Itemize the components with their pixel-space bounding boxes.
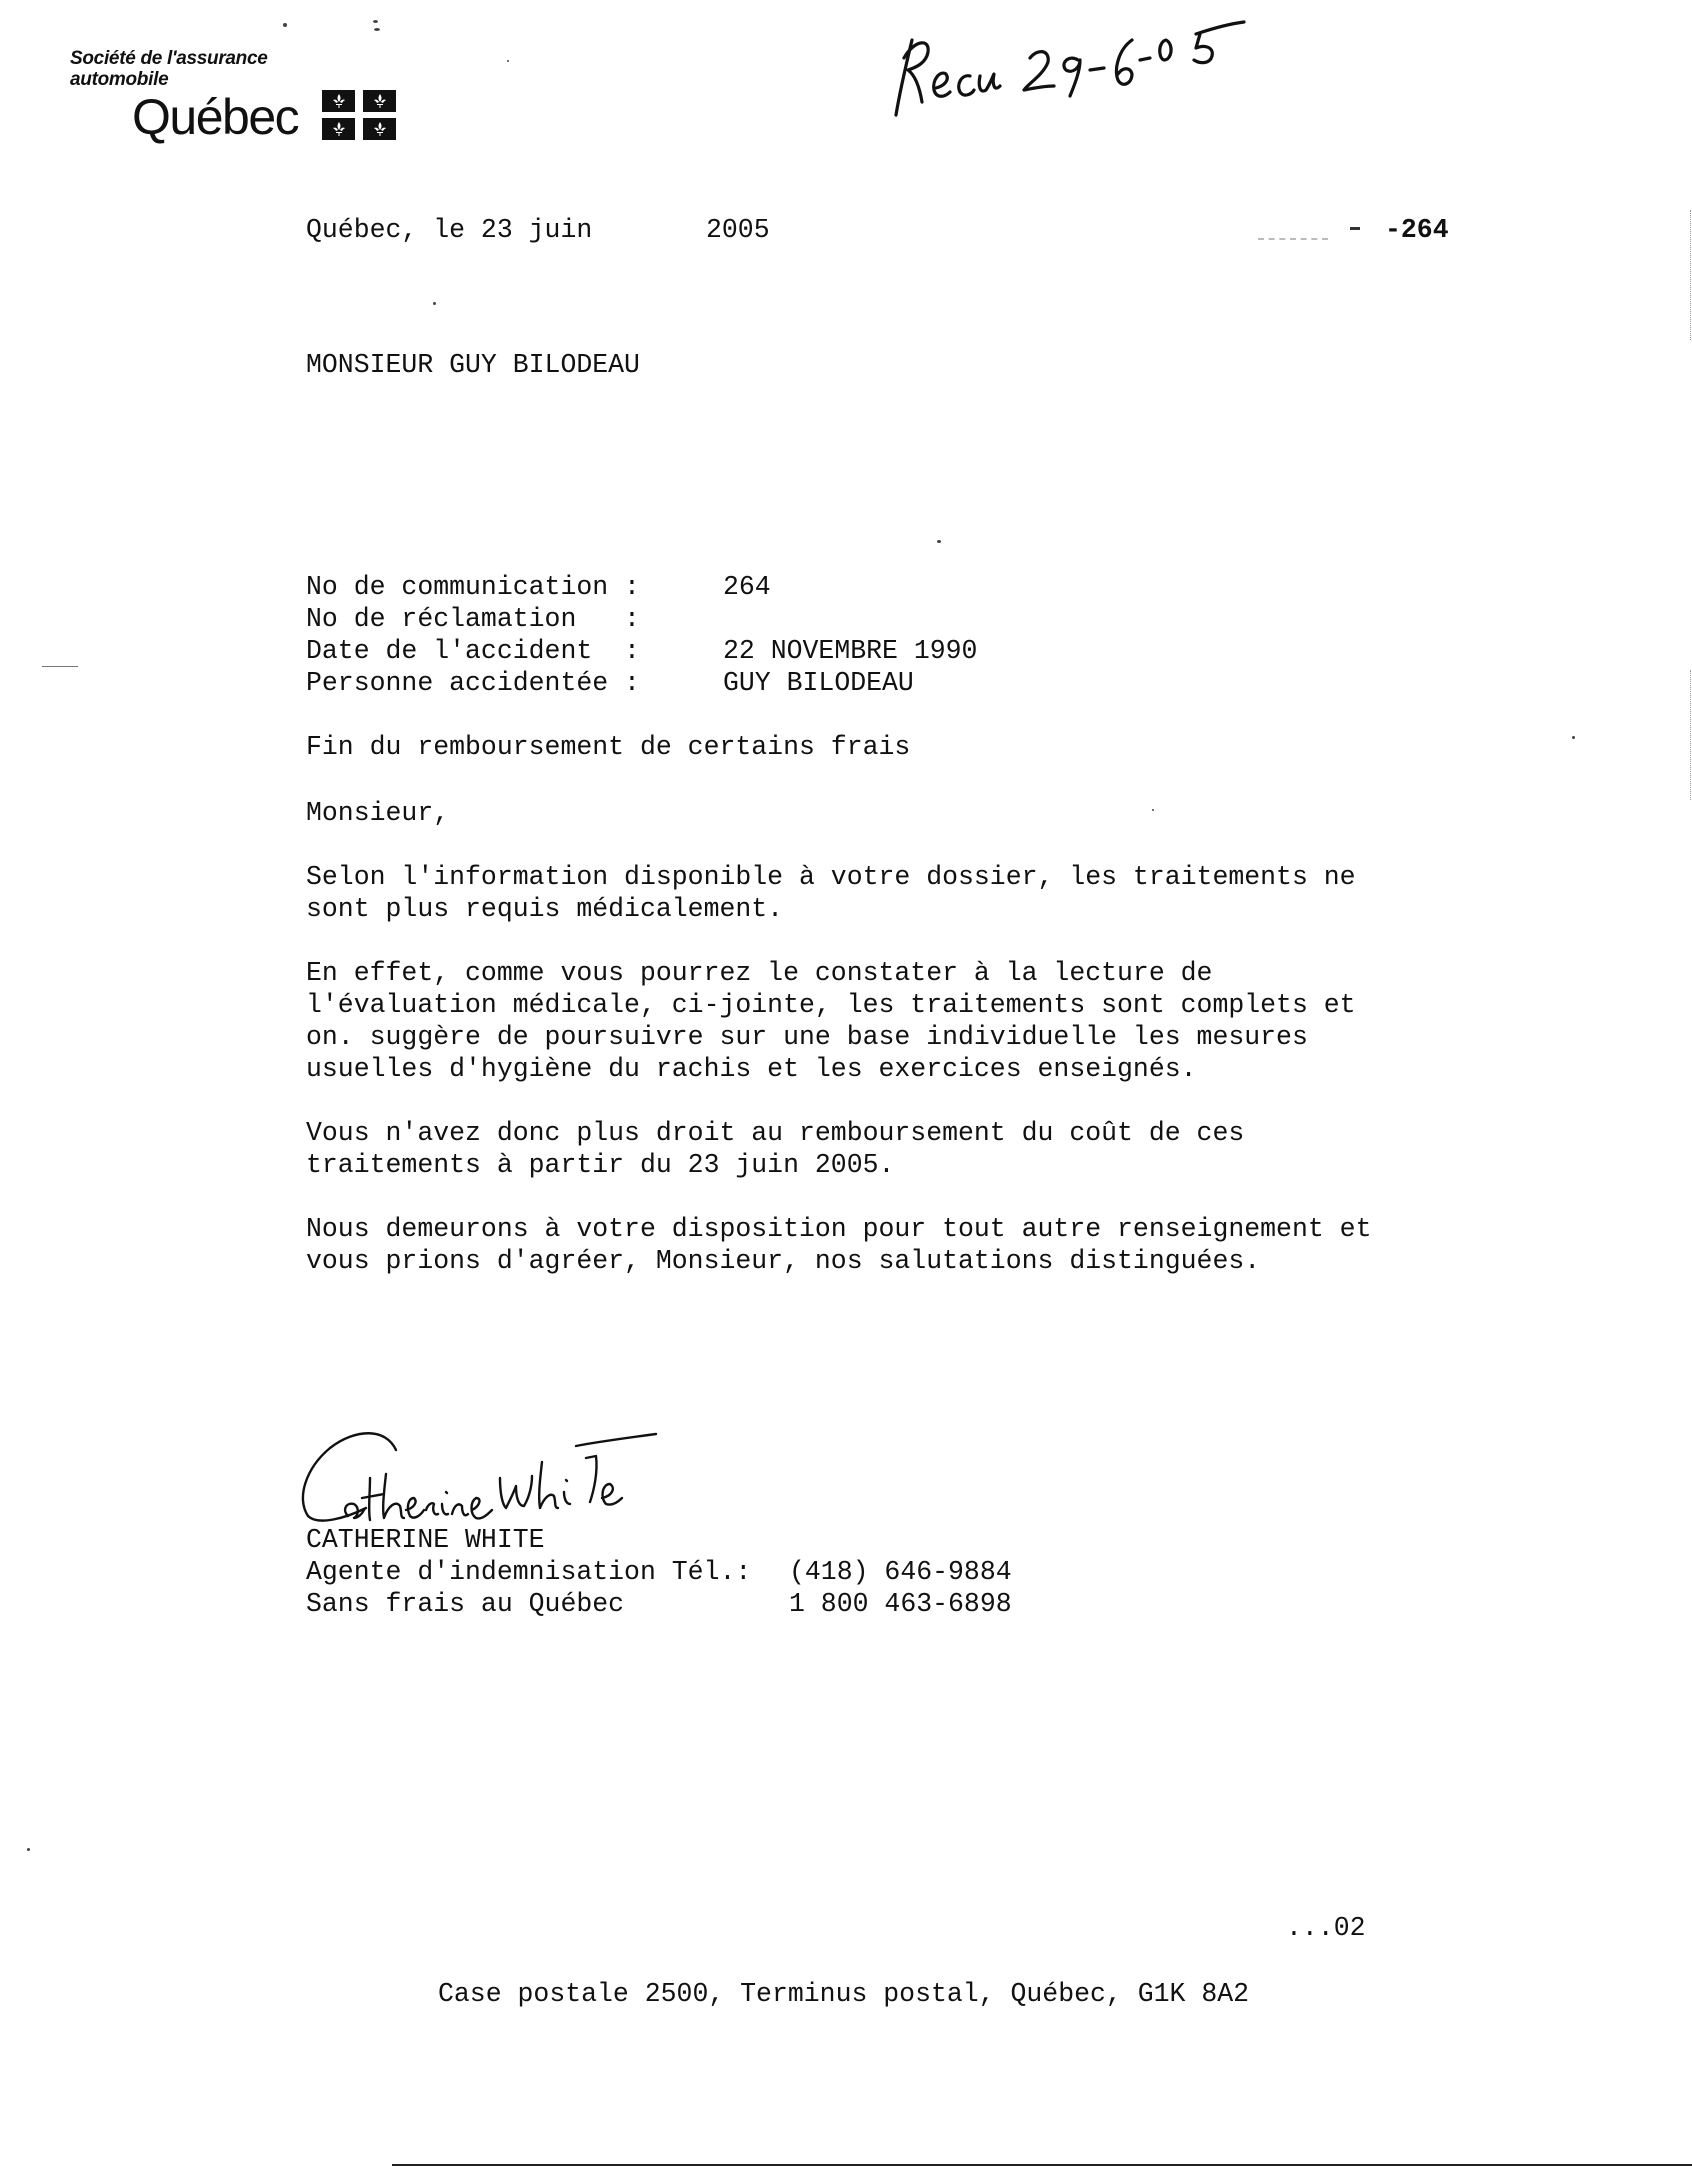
scan-speck	[373, 20, 378, 23]
paragraph-line: l'évaluation médicale, ci-jointe, les tr…	[306, 989, 1356, 1021]
detail-value-communication: 264	[723, 571, 771, 603]
paragraph-line: Selon l'information disponible à votre d…	[306, 861, 1356, 893]
quebec-flag-icon	[322, 90, 396, 140]
fleur-de-lis-icon	[363, 90, 396, 112]
fleur-de-lis-icon	[322, 118, 355, 140]
letter-page: Société de l'assurance automobile Québec…	[0, 0, 1692, 2166]
detail-label-accident-date: Date de l'accident :	[306, 635, 640, 667]
paragraph-line: Nous demeurons à votre disposition pour …	[306, 1213, 1371, 1245]
scan-speck	[507, 60, 509, 62]
reference-number: -264	[1385, 214, 1449, 246]
logo-org-line2: automobile	[70, 69, 268, 90]
paragraph-line: on. suggère de poursuivre sur une base i…	[306, 1021, 1308, 1053]
detail-label-claim: No de réclamation :	[306, 603, 640, 635]
recipient-name: MONSIEUR GUY BILODEAU	[306, 349, 640, 381]
paragraph-line: usuelles d'hygiène du rachis et les exer…	[306, 1053, 1197, 1085]
reference-number-faded	[1258, 238, 1328, 240]
paragraph-line: sont plus requis médicalement.	[306, 893, 783, 925]
letter-date: Québec, le 23 juin	[306, 214, 592, 246]
detail-value-accident-date: 22 NOVEMBRE 1990	[723, 635, 977, 667]
signatory-phone: (418) 646-9884	[789, 1556, 1012, 1588]
paragraph-line: Vous n'avez donc plus droit au rembourse…	[306, 1117, 1244, 1149]
footer-address: Case postale 2500, Terminus postal, Québ…	[438, 1978, 1249, 2010]
logo-org-line1: Société de l'assurance	[70, 48, 268, 69]
scan-mark	[42, 666, 78, 667]
scan-speck	[433, 302, 436, 305]
handwritten-received-annotation: Reçu 29-6-05	[878, 10, 1258, 120]
detail-value-injured-person: GUY BILODEAU	[723, 667, 914, 699]
handwritten-signature: Catherine White	[296, 1418, 716, 1538]
place-date: Québec, le 23 juin	[306, 215, 592, 245]
letter-subject: Fin du remboursement de certains frais	[306, 731, 910, 763]
logo-organization-name: Société de l'assurance automobile	[70, 48, 268, 90]
saaq-logo: Société de l'assurance automobile Québec	[70, 48, 410, 148]
logo-wordmark: Québec	[132, 92, 298, 142]
scan-speck	[937, 540, 941, 543]
reference-number-mark	[1350, 227, 1360, 230]
paragraph-line: vous prions d'agréer, Monsieur, nos salu…	[306, 1245, 1260, 1277]
signatory-name: CATHERINE WHITE	[306, 1524, 545, 1556]
fleur-de-lis-icon	[322, 90, 355, 112]
paragraph-line: En effet, comme vous pourrez le constate…	[306, 957, 1212, 989]
letter-year: 2005	[706, 214, 770, 246]
scan-speck	[27, 1848, 30, 1851]
signatory-title: Agente d'indemnisation Tél.:	[306, 1556, 751, 1588]
fleur-de-lis-icon	[363, 118, 396, 140]
page-continuation: ...02	[1286, 1912, 1366, 1944]
scan-speck	[374, 28, 380, 31]
salutation: Monsieur,	[306, 797, 449, 829]
detail-label-injured-person: Personne accidentée :	[306, 667, 640, 699]
scan-speck	[1152, 809, 1154, 811]
paragraph-line: traitements à partir du 23 juin 2005.	[306, 1149, 894, 1181]
tollfree-phone: 1 800 463-6898	[789, 1588, 1012, 1620]
detail-label-communication: No de communication :	[306, 571, 640, 603]
tollfree-label: Sans frais au Québec	[306, 1588, 624, 1620]
scan-speck	[283, 23, 287, 27]
scan-speck	[1572, 736, 1575, 739]
